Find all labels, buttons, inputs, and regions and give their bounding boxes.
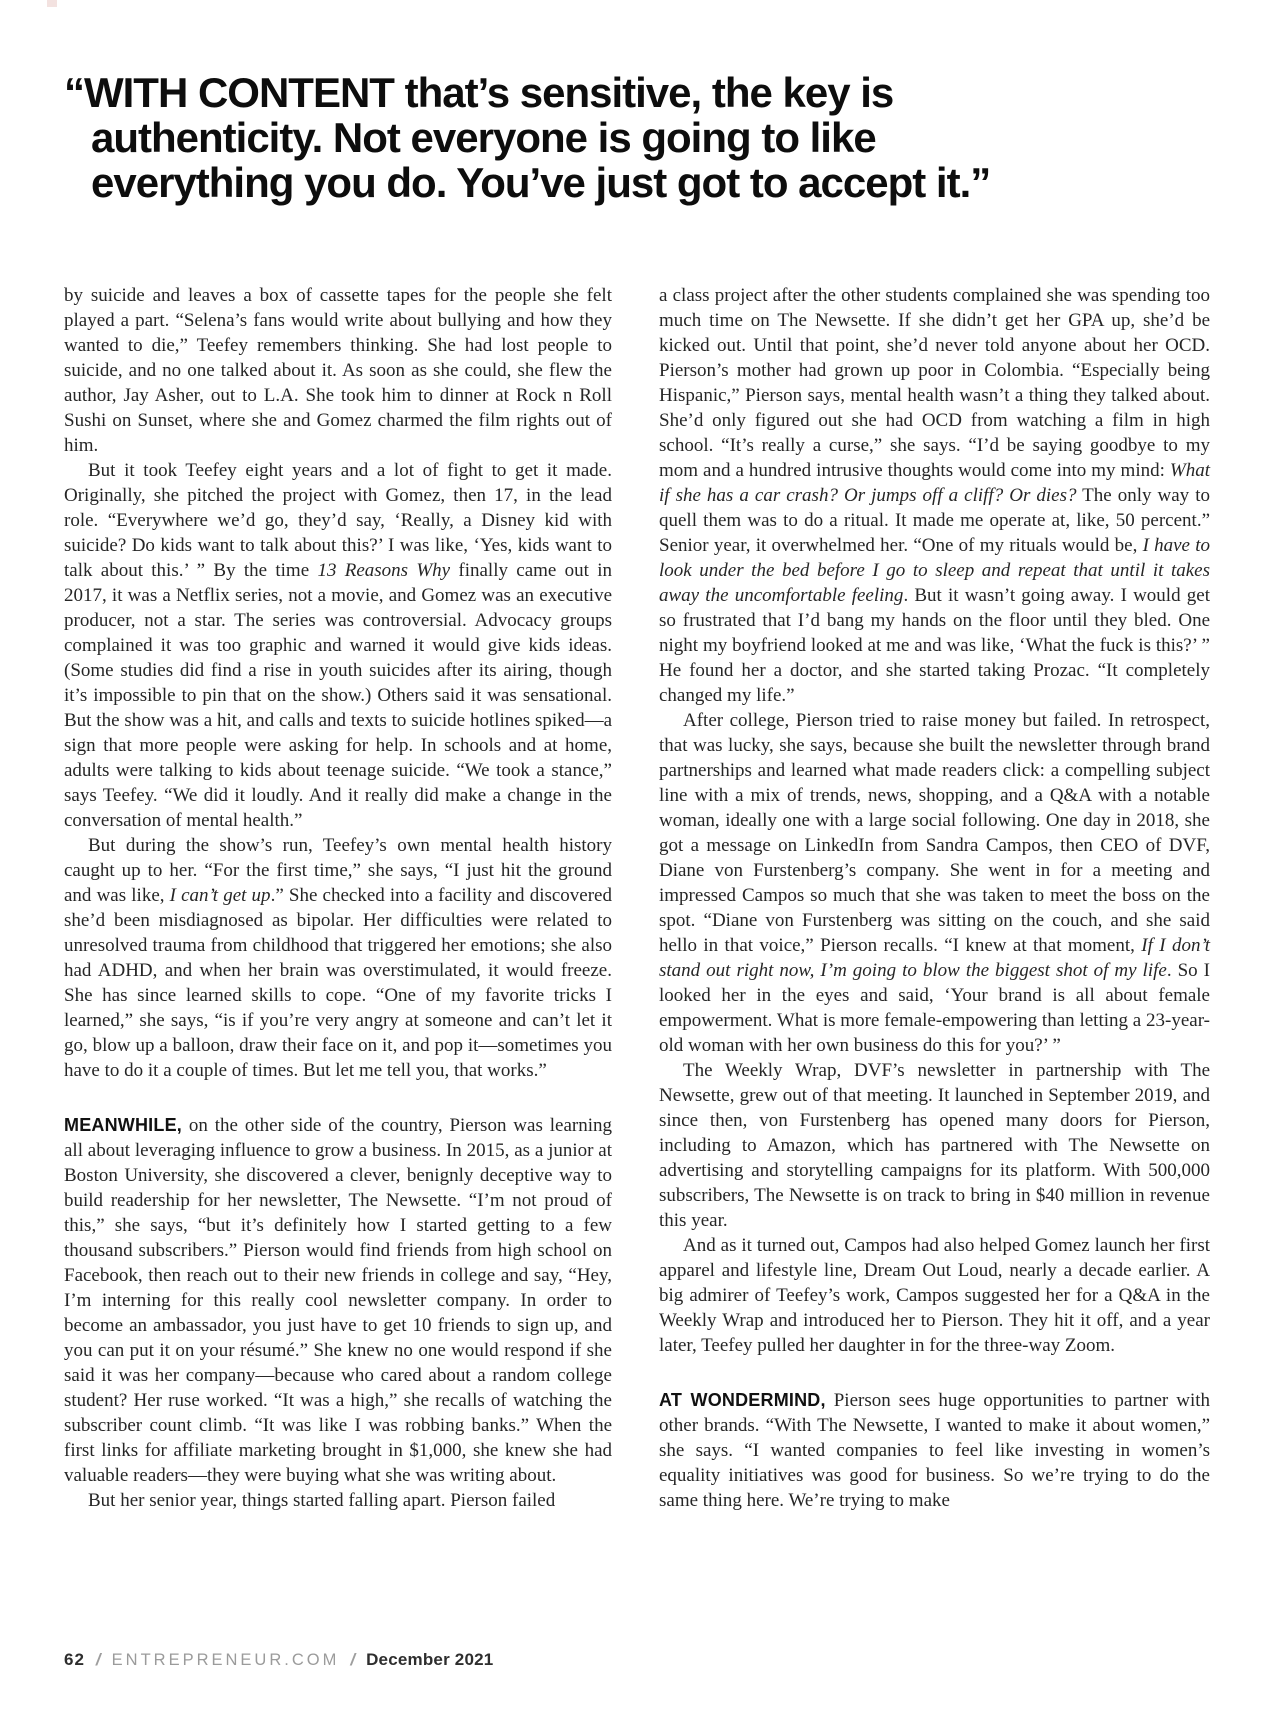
body-text: The Weekly Wrap, DVF’s newsletter in par… xyxy=(659,1060,1210,1231)
footer-site-name: ENTREPRENEUR.COM xyxy=(112,1651,340,1670)
body-text: .” She checked into a facility and disco… xyxy=(64,885,612,1081)
body-paragraph: But it took Teefey eight years and a lot… xyxy=(64,458,612,833)
body-text: by suicide and leaves a box of cassette … xyxy=(64,285,612,456)
page-number: 62 xyxy=(64,1650,85,1670)
page-footer: 62 / ENTREPRENEUR.COM / December 2021 xyxy=(64,1650,493,1670)
italic-text: 13 Reasons Why xyxy=(317,560,450,581)
footer-issue-date: December 2021 xyxy=(366,1650,493,1670)
body-paragraph: But during the show’s run, Teefey’s own … xyxy=(64,833,612,1083)
body-text: finally came out in 2017, it was a Netfl… xyxy=(64,560,612,831)
body-paragraph: by suicide and leaves a box of cassette … xyxy=(64,283,612,458)
article-column-left: by suicide and leaves a box of cassette … xyxy=(64,283,612,1513)
pull-quote-line: authenticity. Not everyone is going to l… xyxy=(64,115,1214,160)
body-text: And as it turned out, Campos had also he… xyxy=(659,1235,1210,1356)
pull-quote-line: everything you do. You’ve just got to ac… xyxy=(64,160,1214,205)
magazine-page: “WITH CONTENT that’s sensitive, the key … xyxy=(0,0,1280,1734)
body-paragraph: The Weekly Wrap, DVF’s newsletter in par… xyxy=(659,1058,1210,1233)
body-paragraph: But her senior year, things started fall… xyxy=(64,1488,612,1513)
footer-slash-icon: / xyxy=(96,1650,101,1670)
body-paragraph: AT WONDERMIND, Pierson sees huge opportu… xyxy=(659,1388,1210,1513)
body-paragraph: MEANWHILE, on the other side of the coun… xyxy=(64,1113,612,1488)
footer-slash-icon: / xyxy=(350,1650,355,1670)
body-paragraph: After college, Pierson tried to raise mo… xyxy=(659,708,1210,1058)
body-text: But her senior year, things started fall… xyxy=(88,1490,555,1511)
pull-quote: “WITH CONTENT that’s sensitive, the key … xyxy=(64,70,1214,205)
article-column-right: a class project after the other students… xyxy=(659,283,1210,1513)
page-edge-red-mark xyxy=(47,0,57,7)
section-lede: MEANWHILE, xyxy=(64,1115,182,1135)
pull-quote-line: “WITH CONTENT that’s sensitive, the key … xyxy=(64,70,1214,115)
body-text: After college, Pierson tried to raise mo… xyxy=(659,710,1210,956)
italic-text: I can’t get up xyxy=(170,885,271,906)
body-text: on the other side of the country, Pierso… xyxy=(64,1115,612,1486)
body-text: a class project after the other students… xyxy=(659,285,1210,481)
section-lede: AT WONDERMIND, xyxy=(659,1390,826,1410)
body-paragraph: a class project after the other students… xyxy=(659,283,1210,708)
body-paragraph: And as it turned out, Campos had also he… xyxy=(659,1233,1210,1358)
